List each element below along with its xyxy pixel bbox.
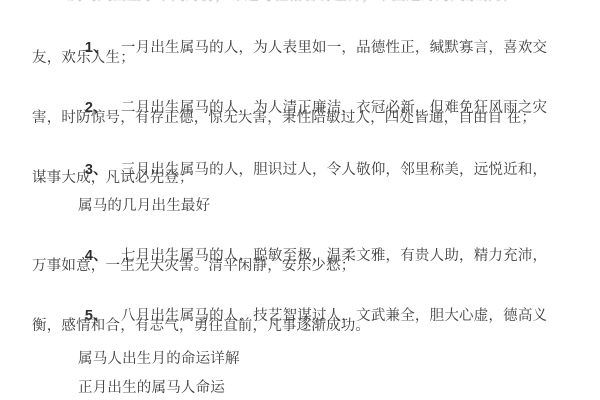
list-item-line-3: 3、三月出生属马的人，胆识过人，令人敬仰，邻里称美，远悦近和， (0, 140, 600, 160)
list-item-line-1: 1、一月出生属马的人，为人表里如一，品德性正，缄默寡言，喜欢交 (0, 18, 600, 38)
list-item-line-5: 5、八月出生属马的人，技艺智谋过人，文武兼全，胆大心虚，德高义 (0, 286, 600, 306)
section-heading-first-month: 正月出生的属马人命运 (0, 378, 600, 398)
document-page: 属马人出生于不同月份，命运与性格各有差异，下面逐月为大家解析 1、一月出生属马的… (0, 0, 600, 400)
wrapped-text-line: 谋事大成，凡试必先登； (0, 168, 600, 188)
clipped-text-line: 属马人出生于不同月份，命运与性格各有差异，下面逐月为大家解析 (0, 0, 600, 6)
wrapped-text-line: 万事如意，一生无大灾害。清平闲静，安乐少愁； (0, 256, 600, 276)
wrapped-text-line: 衡，感情和合，有志气，勇往直前，凡事逐渐成功。 (0, 316, 600, 336)
section-heading-month-fortune-detail: 属马人出生月的命运详解 (0, 349, 600, 369)
list-item-line-2: 2、二月出生属马的人，为人清正廉洁，衣冠必新，但难免狂风雨之灾 (0, 78, 600, 98)
wrapped-text-line: 友，欢乐人生； (0, 48, 600, 68)
section-heading-best-month: 属马的几月出生最好 (0, 196, 600, 216)
list-item-line-4: 4、七月出生属马的人，聪敏至极，温柔文雅，有贵人助，精力充沛， (0, 226, 600, 246)
wrapped-text-line: 害，时防惊号，有存正德，惊无大害，秉性陪敏过人，四处皆通，自由自 在； (0, 108, 600, 128)
